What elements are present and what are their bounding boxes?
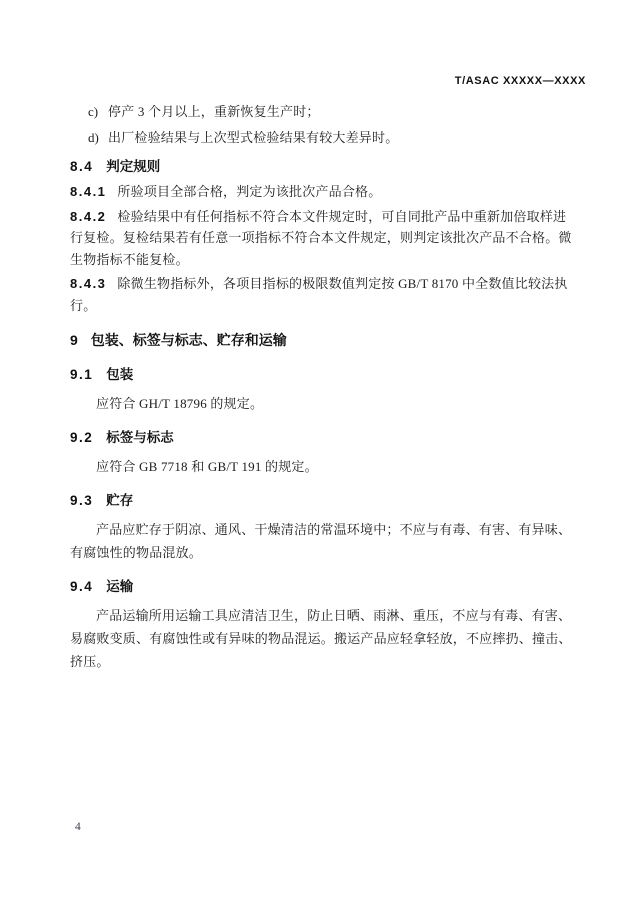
heading-number: 9.1 xyxy=(70,363,93,386)
heading-title: 判定规则 xyxy=(106,159,160,174)
heading-title: 贮存 xyxy=(106,493,133,508)
heading-title: 包装 xyxy=(106,367,133,382)
heading-8-4: 8.4判定规则 xyxy=(70,155,572,178)
paragraph-9-1: 应符合 GH/T 18796 的规定。 xyxy=(70,392,572,415)
heading-title: 运输 xyxy=(106,579,133,594)
clause-text: 除微生物指标外，各项目指标的极限数值判定按 GB/T 8170 中全数值比较法执… xyxy=(70,276,568,313)
clause-8-4-2: 8.4.2检验结果中有任何指标不符合本文件规定时，可自同批产品中重新加倍取样进行… xyxy=(70,206,572,271)
page-footer: 4 xyxy=(75,821,81,833)
heading-title: 标签与标志 xyxy=(106,430,174,445)
list-item-text: 停产 3 个月以上，重新恢复生产时； xyxy=(108,104,320,119)
heading-number: 9.2 xyxy=(70,426,93,449)
paragraph-9-3: 产品应贮存于阴凉、通风、干燥清洁的常温环境中；不应与有毒、有害、有异味、有腐蚀性… xyxy=(70,518,572,564)
heading-number: 9.3 xyxy=(70,489,93,512)
paragraph-9-2: 应符合 GB 7718 和 GB/T 191 的规定。 xyxy=(70,455,572,478)
list-item-c: c)停产 3 个月以上，重新恢复生产时； xyxy=(88,101,572,123)
heading-9-4: 9.4运输 xyxy=(70,575,572,598)
clause-number: 8.4.3 xyxy=(70,276,106,291)
heading-number: 9.4 xyxy=(70,575,93,598)
heading-9-3: 9.3贮存 xyxy=(70,489,572,512)
list-item-text: 出厂检验结果与上次型式检验结果有较大差异时。 xyxy=(108,130,398,145)
document-page: T/ASAC XXXXX—XXXX c)停产 3 个月以上，重新恢复生产时； d… xyxy=(0,0,640,905)
heading-9-2: 9.2标签与标志 xyxy=(70,426,572,449)
paragraph-9-4: 产品运输所用运输工具应清洁卫生，防止日晒、雨淋、重压，不应与有毒、有害、易腐败变… xyxy=(70,604,572,673)
clause-number: 8.4.2 xyxy=(70,209,106,224)
clause-text: 检验结果中有任何指标不符合本文件规定时，可自同批产品中重新加倍取样进行复检。复检… xyxy=(70,209,572,267)
heading-9-1: 9.1包装 xyxy=(70,363,572,386)
heading-title: 包装、标签与标志、贮存和运输 xyxy=(91,332,287,348)
clause-text: 所验项目全部合格，判定为该批次产品合格。 xyxy=(117,184,381,199)
list-item-marker: d) xyxy=(88,127,108,149)
heading-number: 8.4 xyxy=(70,155,93,178)
page-number: 4 xyxy=(75,821,81,833)
list-item-d: d)出厂检验结果与上次型式检验结果有较大差异时。 xyxy=(88,127,572,149)
clause-8-4-1: 8.4.1所验项目全部合格，判定为该批次产品合格。 xyxy=(70,181,572,203)
heading-9: 9包装、标签与标志、贮存和运输 xyxy=(70,329,572,352)
clause-number: 8.4.1 xyxy=(70,184,106,199)
standard-number: T/ASAC XXXXX—XXXX xyxy=(455,75,586,87)
list-item-marker: c) xyxy=(88,101,108,123)
heading-number: 9 xyxy=(70,329,78,352)
document-content: c)停产 3 个月以上，重新恢复生产时； d)出厂检验结果与上次型式检验结果有较… xyxy=(70,101,572,680)
clause-8-4-3: 8.4.3除微生物指标外，各项目指标的极限数值判定按 GB/T 8170 中全数… xyxy=(70,273,572,316)
page-header: T/ASAC XXXXX—XXXX xyxy=(455,71,586,89)
